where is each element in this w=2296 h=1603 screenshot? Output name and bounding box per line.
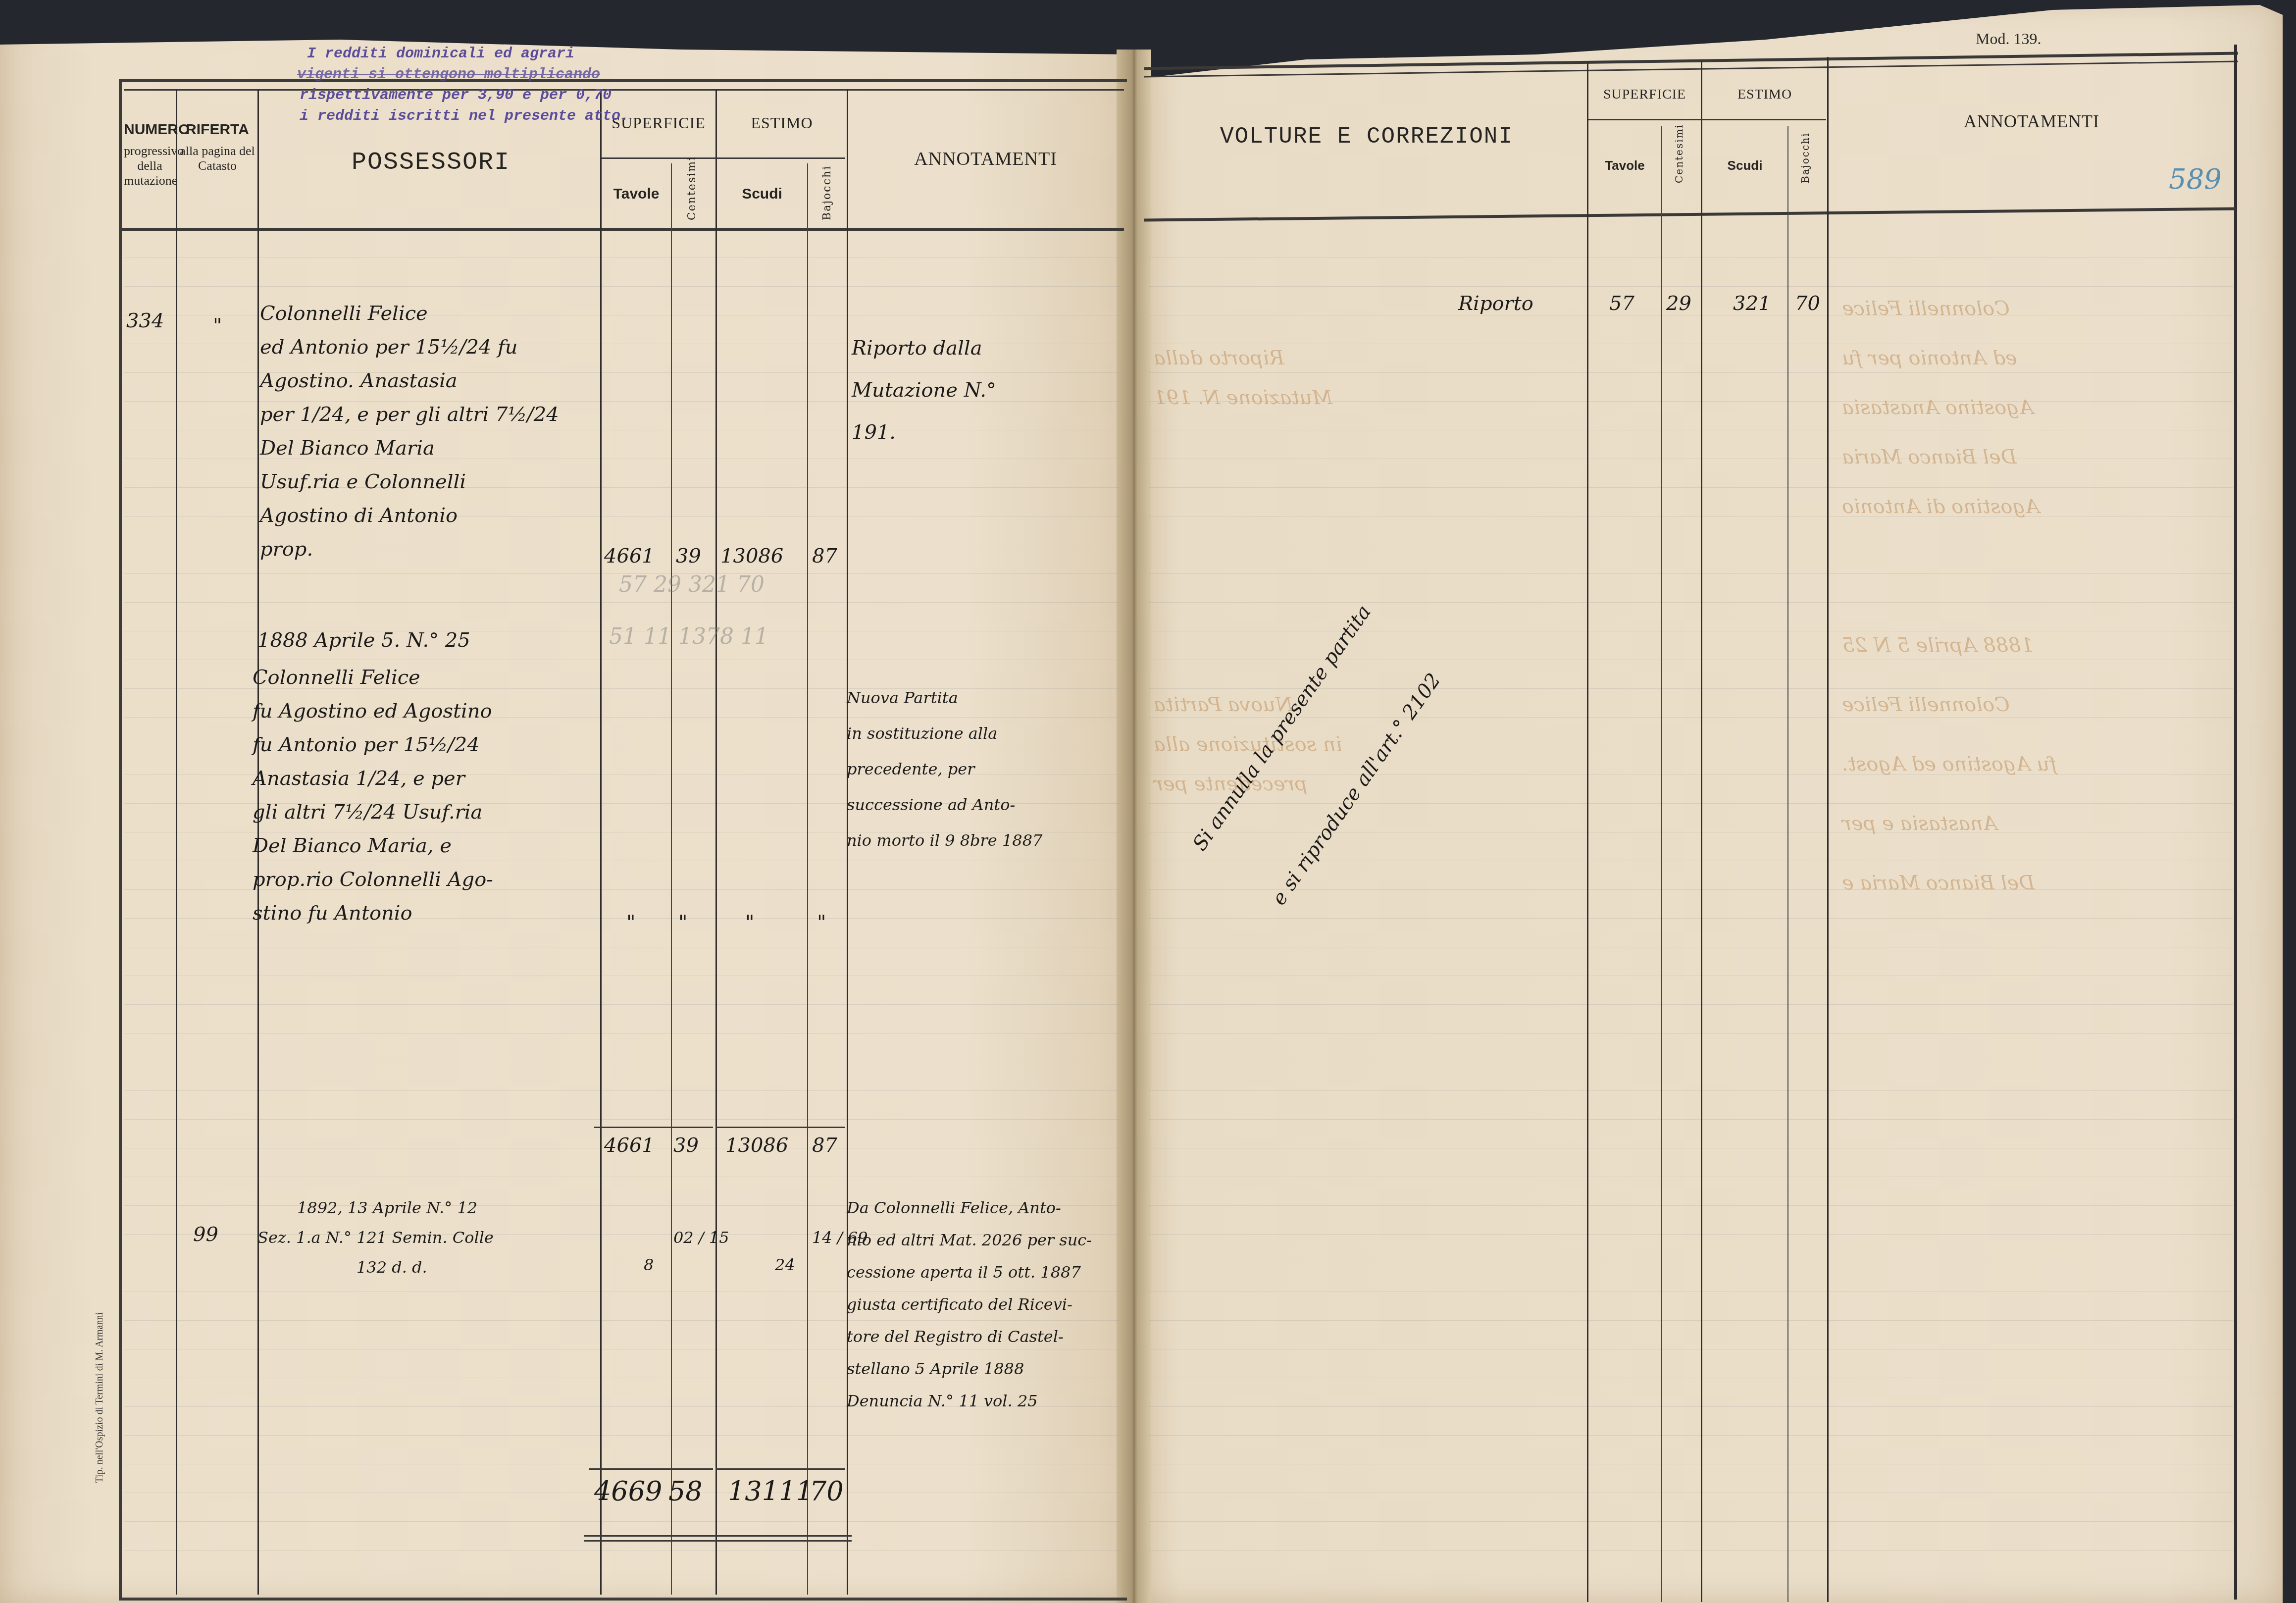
- handwritten-line: prop.rio Colonnelli Ago-: [253, 868, 493, 891]
- ruled-line: [1149, 1177, 2233, 1177]
- riporto-centesimi: 29: [1666, 292, 1691, 315]
- bleed-through-text: Colonnelli Felice: [1842, 297, 2010, 320]
- right-frame: [2234, 45, 2237, 1600]
- header-riferta-sub: alla pagina del Catasto: [177, 144, 257, 173]
- entry-1-bajocchi: 87: [812, 545, 837, 568]
- total-rule: [715, 1468, 845, 1470]
- handwritten-line: 191.: [852, 421, 896, 444]
- bleed-through-text: Anastasia e per: [1842, 812, 1997, 835]
- entry-1-centesimi: 39: [676, 545, 701, 568]
- header-riferta: RIFERTA: [177, 121, 257, 139]
- riporto-bajocchi: 70: [1795, 292, 1820, 315]
- subtotal-centesimi: 39: [673, 1134, 699, 1157]
- ruled-line: [1149, 1004, 2233, 1005]
- handwritten-line: tore del Registro di Castel-: [847, 1327, 1064, 1346]
- header-tavole: Tavole: [602, 186, 671, 203]
- ruled-line: [1149, 803, 2233, 804]
- subtotal-scudi: 13086: [725, 1134, 788, 1157]
- total-centesimi: 58: [668, 1476, 703, 1507]
- bleed-through-text: Riporto dalla: [1154, 347, 1284, 369]
- ruled-line: [1149, 1205, 2233, 1206]
- bleed-through-text: Agostino Anastasia: [1842, 396, 2034, 419]
- handwritten-line: Mutazione N.°: [852, 379, 996, 402]
- ruled-line: [1149, 487, 2233, 488]
- col-divider: [600, 89, 602, 1595]
- handwritten-line: Del Bianco Maria, e: [253, 834, 452, 857]
- col-divider: [715, 89, 717, 1595]
- ruled-line: [1149, 258, 2233, 258]
- handwritten-line: fu Agostino ed Agostino: [253, 700, 492, 723]
- bleed-through-text: Nuova Partita: [1154, 693, 1293, 716]
- header-possessori: POSSESSORI: [267, 149, 594, 177]
- col-divider: [1701, 59, 1702, 1602]
- ruled-line: [1149, 516, 2233, 517]
- entry-1-scudi: 13086: [720, 545, 783, 568]
- ruled-line: [1149, 660, 2233, 660]
- ruled-line: [1149, 1378, 2233, 1378]
- bleed-through-text: fu Agostino ed Agost.: [1842, 753, 2057, 776]
- col-divider: [807, 163, 808, 1595]
- total-bajocchi: 70: [810, 1476, 844, 1507]
- ruled-line: [1149, 717, 2233, 718]
- addition-tavole: 8: [644, 1255, 654, 1274]
- bleed-through-text: 1888 Aprile 5 N 25: [1842, 634, 2034, 657]
- addition-centesimi: 02 / 15: [673, 1228, 729, 1247]
- entry-2-scudi: ": [745, 911, 754, 934]
- handwritten-line: Del Bianco Maria: [260, 437, 435, 460]
- bleed-through-text: Del Bianco Maria e: [1842, 872, 2035, 894]
- stamp-line-1: I redditi dominicali ed agrari: [307, 44, 574, 64]
- ruled-line: [1149, 1062, 2233, 1062]
- header-annotamenti-right: ANNOTAMENTI: [1829, 111, 2235, 132]
- ruled-line: [1149, 1406, 2233, 1407]
- total-double-rule: [584, 1540, 852, 1542]
- ruled-line: [1149, 573, 2233, 574]
- col-divider: [671, 163, 672, 1595]
- addition-numero: 99: [193, 1223, 218, 1246]
- ruled-line: [1149, 947, 2233, 947]
- total-tavole: 4669: [594, 1476, 662, 1507]
- header-centesimi: Centesimi: [686, 171, 698, 220]
- subheader-rule: [1588, 119, 1826, 120]
- header-top-rule: [124, 89, 1124, 91]
- ruled-line: [1149, 1435, 2233, 1436]
- subheader-rule: [602, 157, 845, 159]
- pencil-mark-1: 57 29 321 70: [619, 572, 765, 597]
- handwritten-line: Riporto dalla: [852, 337, 982, 360]
- entry-2-centesimi: ": [678, 911, 687, 934]
- header-annotamenti: ANNOTAMENTI: [848, 149, 1123, 170]
- entry-1-tavole: 4661: [604, 545, 655, 568]
- right-page: [1134, 0, 2283, 1603]
- header-superficie-right: SUPERFICIE: [1588, 87, 1701, 103]
- ruled-line: [1149, 1292, 2233, 1292]
- handwritten-line: stellano 5 Aprile 1888: [847, 1359, 1024, 1378]
- ruled-line: [1149, 545, 2233, 545]
- handwritten-line: Da Colonnelli Felice, Anto-: [847, 1198, 1061, 1217]
- bleed-through-text: Colonnelli Felice: [1842, 693, 2010, 716]
- bleed-through-text: Del Bianco Maria: [1842, 446, 2017, 468]
- header-tavole-right: Tavole: [1588, 158, 1661, 173]
- handwritten-line: Agostino di Antonio: [260, 504, 458, 527]
- handwritten-line: nio ed altri Mat. 2026 per suc-: [847, 1231, 1092, 1249]
- subtotal-bajocchi: 87: [812, 1134, 837, 1157]
- ruled-line: [1149, 1148, 2233, 1148]
- ruled-line: [1149, 1579, 2233, 1579]
- handwritten-line: Agostino. Anastasia: [260, 369, 458, 392]
- ruled-line: [1149, 631, 2233, 631]
- header-centesimi-right: Centesimi: [1674, 134, 1685, 183]
- riporto-scudi: 321: [1733, 292, 1771, 315]
- ruled-line: [1149, 1320, 2233, 1321]
- pencil-mark-2: 51 11 1378 11: [609, 624, 768, 649]
- handwritten-line: gli altri 7½/24 Usuf.ria: [253, 801, 482, 824]
- subtotal-rule: [594, 1127, 713, 1128]
- entry-2-tavole: ": [626, 911, 635, 934]
- riporto-label: Riporto: [1458, 292, 1533, 315]
- header-numero: NUMERO: [124, 121, 176, 139]
- handwritten-line: cessione aperta il 5 ott. 1887: [847, 1263, 1081, 1282]
- ruled-line: [1149, 1234, 2233, 1235]
- ruled-line: [1149, 832, 2233, 832]
- handwritten-line: successione ad Anto-: [847, 795, 1015, 814]
- stamp-line-4: i redditi iscritti nel presente atto.: [300, 106, 629, 127]
- addition-line-2: Sez. 1.a N.° 121 Semin. Colle: [257, 1228, 494, 1247]
- col-divider: [176, 89, 177, 1595]
- ruled-line: [1149, 775, 2233, 775]
- total-scudi: 13111: [728, 1476, 813, 1507]
- ruled-line: [1149, 372, 2233, 373]
- bleed-through-text: in sostituzione alla: [1154, 733, 1342, 756]
- header-numero-sub: progressivo della mutazione: [124, 144, 176, 188]
- printer-imprint: Tip. nell'Ospizio di Termini di M. Arman…: [94, 1312, 105, 1483]
- header-estimo: ESTIMO: [717, 114, 847, 132]
- entry-1-numero: 334: [126, 310, 164, 332]
- header-estimo-right: ESTIMO: [1702, 87, 1827, 103]
- ruled-line: [1149, 1033, 2233, 1034]
- riporto-tavole: 57: [1609, 292, 1634, 315]
- ruled-line: [1149, 889, 2233, 890]
- subtotal-tavole: 4661: [604, 1134, 655, 1157]
- header-scudi-right: Scudi: [1702, 158, 1787, 173]
- handwritten-line: prop.: [260, 538, 313, 561]
- ruled-line: [1149, 459, 2233, 459]
- header-bajocchi-right: Bajocchi: [1800, 134, 1811, 183]
- bleed-through-text: ed Antonio per fu: [1842, 347, 2017, 369]
- header-volture: VOLTURE E CORREZIONI: [1149, 124, 1584, 150]
- ruled-line: [1149, 315, 2233, 315]
- bleed-through-text: Agostino di Antonio: [1842, 495, 2040, 518]
- bleed-through-text: Mutazione N. 191: [1154, 386, 1332, 409]
- ruled-line: [1149, 1090, 2233, 1091]
- page-number-stamp: 589: [2169, 163, 2222, 196]
- ruled-line: [1149, 286, 2233, 287]
- handwritten-line: giusta certificato del Ricevi-: [847, 1295, 1072, 1314]
- ruled-line: [1149, 1464, 2233, 1464]
- entry-1-riferta: ": [213, 314, 222, 337]
- handwritten-line: nio morto il 9 8bre 1887: [847, 831, 1042, 850]
- handwritten-line: in sostituzione alla: [847, 724, 997, 743]
- ruled-line: [1149, 918, 2233, 919]
- col-divider: [1787, 126, 1788, 1602]
- ruled-line: [1149, 1263, 2233, 1263]
- ruled-line: [1149, 1550, 2233, 1551]
- ruled-line: [1149, 1493, 2233, 1493]
- handwritten-line: Colonnelli Felice: [253, 666, 420, 689]
- ruled-line: [1149, 1521, 2233, 1522]
- addition-line-1: 1892, 13 Aprile N.° 12: [297, 1198, 477, 1217]
- addition-line-3: 132 d. d.: [357, 1258, 427, 1277]
- col-divider: [1587, 62, 1588, 1602]
- header-bottom-rule: [122, 228, 1124, 231]
- ruled-line: [1149, 430, 2233, 430]
- ruled-line: [1149, 602, 2233, 603]
- stamp-line-2: vigenti si ottengono moltiplicando: [297, 64, 600, 85]
- subtotal-rule: [715, 1127, 845, 1128]
- addition-scudi: 24: [775, 1255, 795, 1274]
- handwritten-line: precedente, per: [847, 760, 974, 778]
- handwritten-line: fu Antonio per 15½/24: [253, 733, 480, 756]
- entry-2-bajocchi: ": [817, 911, 826, 934]
- entry-2-date: 1888 Aprile 5. N.° 25: [257, 629, 470, 652]
- handwritten-line: Nuova Partita: [847, 688, 958, 707]
- handwritten-line: stino fu Antonio: [253, 902, 412, 925]
- ruled-line: [1149, 344, 2233, 344]
- handwritten-line: ed Antonio per 15½/24 fu: [260, 336, 518, 359]
- stamp-line-3: rispettivamente per 3,90 e per 0,70: [300, 85, 612, 106]
- handwritten-line: Anastasia 1/24, e per: [253, 767, 465, 790]
- total-double-rule: [584, 1535, 852, 1537]
- header-scudi: Scudi: [717, 186, 807, 203]
- ruled-line: [1149, 976, 2233, 976]
- total-rule: [589, 1468, 713, 1470]
- col-divider: [1827, 57, 1829, 1602]
- form-id: Mod. 139.: [1976, 30, 2041, 48]
- handwritten-line: Usuf.ria e Colonnelli: [260, 470, 466, 493]
- handwritten-line: Denuncia N.° 11 vol. 25: [847, 1392, 1038, 1410]
- ruled-line: [1149, 1119, 2233, 1120]
- header-bajocchi: Bajocchi: [821, 171, 833, 220]
- col-divider: [1661, 126, 1662, 1602]
- ruled-line: [1149, 1349, 2233, 1349]
- handwritten-line: Colonnelli Felice: [260, 302, 428, 325]
- handwritten-line: per 1/24, e per gli altri 7½/24: [260, 403, 559, 426]
